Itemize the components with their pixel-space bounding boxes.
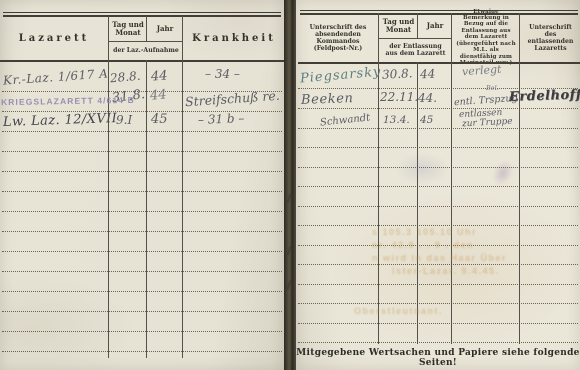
faded-blue-stamp-remnant <box>396 154 448 184</box>
dotted-row-line <box>2 271 282 272</box>
dotted-row-line <box>298 108 578 109</box>
entry-year-2: 44 <box>149 87 167 103</box>
entry-illness-1: – 34 – <box>205 67 240 81</box>
dotted-row-line <box>298 342 578 343</box>
entry-remark-note-r2: Bel. <box>486 84 499 92</box>
entry-date-r1: 30.8. <box>382 66 413 82</box>
entry-remark-r1: verlegt <box>462 63 502 79</box>
right-page: Unterschrift des absendenden Kommandos (… <box>296 0 580 370</box>
bleedthrough-lower-line: Oberstleutnant. <box>354 305 443 318</box>
left-page: Lazarett Tag und Monat Jahr der Laz.-Auf… <box>0 0 284 370</box>
left-row-lines <box>2 0 282 370</box>
binding-gutter <box>284 0 296 370</box>
entry-year-1: 44 <box>150 68 168 84</box>
entry-year-r3: 45 <box>420 114 433 126</box>
dotted-row-line <box>298 303 578 304</box>
dotted-row-line <box>2 331 282 332</box>
dotted-row-line <box>2 151 282 152</box>
entry-year-r2: 44. <box>418 91 437 105</box>
dotted-row-line <box>298 206 578 207</box>
dotted-row-line <box>298 284 578 285</box>
dotted-row-line <box>2 231 282 232</box>
bleedthrough-line: s 105.3 105.10 Uhr <box>372 226 507 239</box>
dotted-row-line <box>2 351 282 352</box>
entry-date-r3: 13.4. <box>383 114 410 126</box>
binding-stitch <box>287 193 295 203</box>
entry-date-3: 9.I <box>116 113 132 127</box>
entry-year-3: 45 <box>151 112 168 127</box>
bleedthrough-stamp: s 105.3 105.10 Uhr nr. 42.9 . . 9 . den … <box>372 226 507 278</box>
bleedthrough-line: n wird in das Haar Über <box>372 252 507 265</box>
entry-command-sig-2: Beeken <box>301 91 354 108</box>
entry-date-1: 28.8. <box>109 69 141 86</box>
dotted-row-line <box>2 211 282 212</box>
dotted-row-line <box>2 291 282 292</box>
dotted-row-line <box>2 311 282 312</box>
dotted-row-line <box>298 128 578 129</box>
soldbuch-lazarett-spread: Lazarett Tag und Monat Jahr der Laz.-Auf… <box>0 0 580 370</box>
dotted-row-line <box>298 323 578 324</box>
dotted-row-line <box>2 251 282 252</box>
bleedthrough-line: nr. 42.9 . . 9 . den <box>372 239 507 252</box>
entry-lazarett-sig-r2: Erdelhoff Opf. <box>509 86 580 105</box>
bleedthrough-line: ister-Lazar. 9.4.45. <box>392 265 507 278</box>
entry-illness-3: – 31 b – <box>198 111 245 127</box>
dotted-row-line <box>2 131 282 132</box>
entry-date-r2: 22.11. <box>380 90 418 104</box>
dotted-row-line <box>298 186 578 187</box>
dotted-row-line <box>2 191 282 192</box>
footer-caption: Mitgegebene Wertsachen und Papiere siehe… <box>296 348 580 368</box>
entry-year-r1: 44 <box>420 67 436 82</box>
binding-stitch <box>287 246 295 256</box>
dotted-row-line <box>298 147 578 148</box>
dotted-row-line <box>2 171 282 172</box>
binding-stitch <box>287 280 295 290</box>
